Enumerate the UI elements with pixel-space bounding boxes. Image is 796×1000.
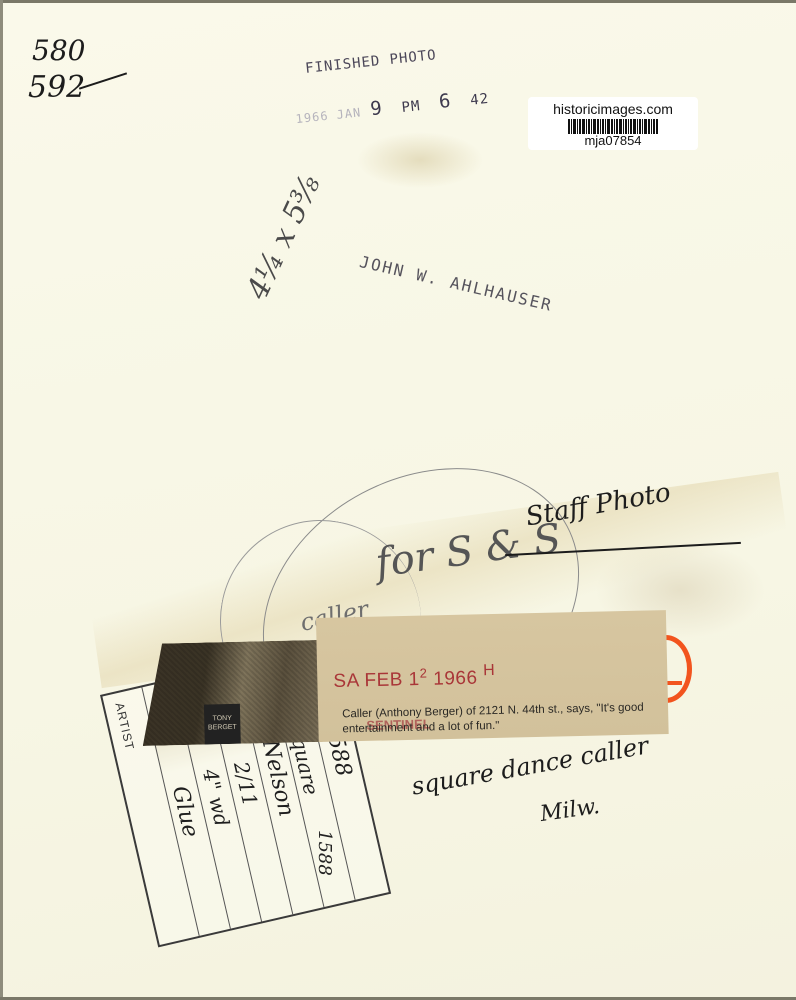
clipping-date-mark: H [483, 662, 495, 680]
handwritten-number-580: 580 [32, 34, 85, 67]
barcode-site: historicimages.com [528, 101, 698, 117]
stamp-day: 9 [369, 97, 384, 120]
clipping-caption: Caller (Anthony Berger) of 2121 N. 44th … [342, 700, 673, 737]
artist-label: ARTIST [112, 701, 137, 751]
stamp-minute: 42 [470, 91, 490, 109]
handwritten-side-number: 1588 [314, 830, 335, 876]
photo-edge-top [0, 0, 796, 3]
clipping-date-year: 1966 [433, 668, 478, 690]
clipping-date-sup: 2 [419, 665, 427, 680]
barcode-id: mja07854 [528, 134, 698, 148]
clipping-photo-badge: TONY BERGET [204, 704, 241, 745]
stamp-pm: PM [401, 98, 421, 116]
clipping-text-area: SA FEB 12 1966 H SENTINEL Caller (Anthon… [316, 610, 669, 742]
clipping-date-prefix: SA FEB 1 [333, 669, 420, 692]
newspaper-clipping: TONY BERGET SA FEB 12 1966 H SENTINEL Ca… [140, 610, 669, 748]
handwritten-number-592: 592 [28, 70, 85, 105]
clipping-photo: TONY BERGET [140, 640, 322, 746]
stamp-hour: 6 [438, 90, 453, 113]
barcode-label: historicimages.com mja07854 [528, 97, 698, 150]
form-entry-width: 4" wd [198, 767, 234, 829]
barcode-icon [554, 119, 672, 134]
clipping-date-stamp: SA FEB 12 1966 [333, 664, 478, 693]
photo-edge-left [0, 0, 3, 1000]
